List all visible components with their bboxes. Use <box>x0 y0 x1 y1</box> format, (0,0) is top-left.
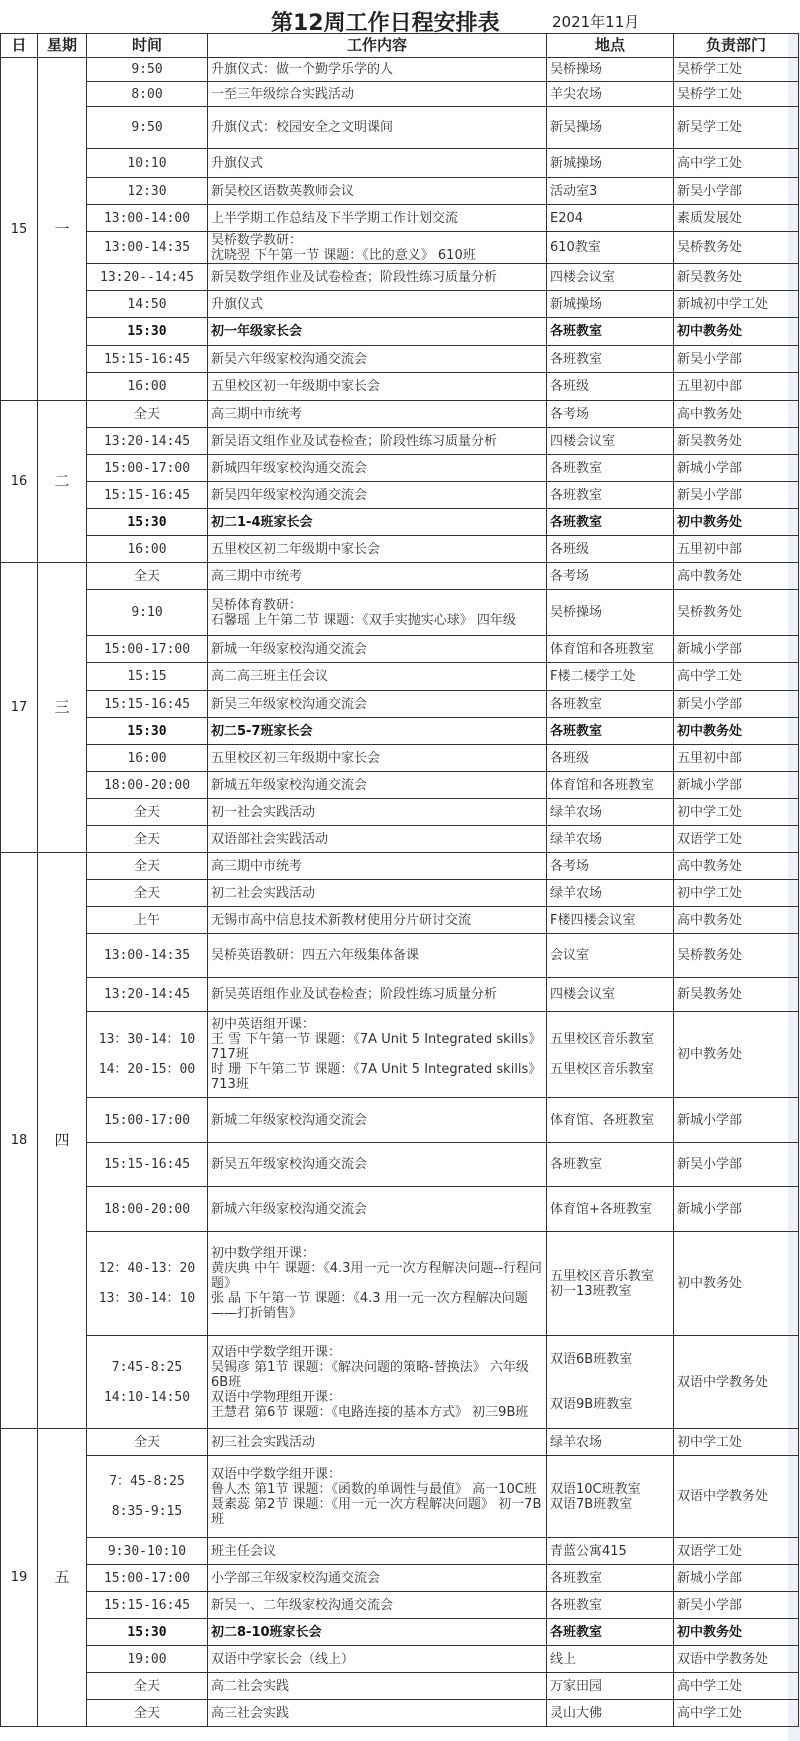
dept-cell: 初中学工处 <box>674 1429 799 1456</box>
place-cell: 绿羊农场 <box>547 799 674 826</box>
table-row: 10:10升旗仪式新城操场高中学工处 <box>1 149 799 178</box>
time-cell: 16:00 <box>87 536 208 563</box>
table-row: 13:00-14:00上半学期工作总结及下半学期工作计划交流E204素质发展处 <box>1 205 799 232</box>
place-cell: 各班教室 <box>547 346 674 373</box>
time-cell: 14:50 <box>87 291 208 318</box>
dept-cell: 五里初中部 <box>674 745 799 772</box>
time-cell: 15:15-16:45 <box>87 1592 208 1619</box>
table-row: 14:50升旗仪式新城操场新城初中学工处 <box>1 291 799 318</box>
time-cell: 10:10 <box>87 149 208 178</box>
place-cell: 绿羊农场 <box>547 826 674 853</box>
table-row: 7:45-8:25 14:10-14:50双语中学数学组开课： 吴锡彦 第1节 … <box>1 1336 799 1429</box>
content-cell: 初二5-7班家长会 <box>208 718 547 745</box>
dept-cell: 双语中学教务处 <box>674 1646 799 1673</box>
time-cell: 19:00 <box>87 1646 208 1673</box>
time-cell: 13:20-14:45 <box>87 428 208 455</box>
place-cell: 各班级 <box>547 745 674 772</box>
table-row: 13:00-14:35吴桥数学教研： 沈晓翌 下午第一节 课题：《比的意义》 6… <box>1 232 799 264</box>
place-cell: 各班教室 <box>547 718 674 745</box>
dept-cell: 新城小学部 <box>674 772 799 799</box>
content-cell: 上半学期工作总结及下半学期工作计划交流 <box>208 205 547 232</box>
time-cell: 15:30 <box>87 1619 208 1646</box>
place-cell: 绿羊农场 <box>547 880 674 907</box>
time-cell: 13:00-14:00 <box>87 205 208 232</box>
place-cell: 体育馆、各班教室 <box>547 1098 674 1143</box>
time-cell: 7：45-8:25 8:35-9:15 <box>87 1456 208 1538</box>
place-cell: 新城操场 <box>547 149 674 178</box>
time-cell: 全天 <box>87 1673 208 1700</box>
content-cell: 升旗仪式：做一个勤学乐学的人 <box>208 58 547 82</box>
table-row: 15:00-17:00新城一年级家校沟通交流会体育馆和各班教室新城小学部 <box>1 636 799 663</box>
date-cell: 17 <box>1 563 38 853</box>
dept-cell: 新吴小学部 <box>674 1143 799 1187</box>
content-cell: 双语部社会实践活动 <box>208 826 547 853</box>
place-cell: 双语6B班教室 双语9B班教室 <box>547 1336 674 1429</box>
content-cell: 高三期中市统考 <box>208 853 547 880</box>
table-row: 上午无锡市高中信息技术新教材使用分片研讨交流F楼四楼会议室高中教务处 <box>1 907 799 934</box>
place-cell: 各班级 <box>547 536 674 563</box>
content-cell: 初二8-10班家长会 <box>208 1619 547 1646</box>
content-cell: 班主任会议 <box>208 1538 547 1565</box>
content-cell: 五里校区初一年级期中家长会 <box>208 373 547 401</box>
table-row: 13：30-14：10 14：20-15：00初中英语组开课： 王 雪 下午第一… <box>1 1012 799 1098</box>
table-row: 15:00-17:00新城四年级家校沟通交流会各班教室新城小学部 <box>1 455 799 482</box>
content-cell: 升旗仪式：校园安全之文明课间 <box>208 107 547 149</box>
content-cell: 新吴一、二年级家校沟通交流会 <box>208 1592 547 1619</box>
dept-cell: 新城小学部 <box>674 455 799 482</box>
table-row: 16二全天高三期中市统考各考场高中教务处 <box>1 401 799 428</box>
place-cell: 灵山大佛 <box>547 1700 674 1727</box>
table-row: 15一9:50升旗仪式：做一个勤学乐学的人吴桥操场吴桥学工处 <box>1 58 799 82</box>
dept-cell: 双语学工处 <box>674 1538 799 1565</box>
table-row: 15:15-16:45新吴四年级家校沟通交流会各班教室新吴小学部 <box>1 482 799 509</box>
schedule-table: 日 星期 时间 工作内容 地点 负责部门 15一9:50升旗仪式：做一个勤学乐学… <box>0 33 799 1727</box>
dept-cell: 吴桥学工处 <box>674 82 799 107</box>
content-cell: 初一年级家长会 <box>208 318 547 346</box>
dept-cell: 初中教务处 <box>674 1012 799 1098</box>
dept-cell: 吴桥教务处 <box>674 590 799 636</box>
time-cell: 15:00-17:00 <box>87 1098 208 1143</box>
table-row: 15:15-16:45新吴五年级家校沟通交流会各班教室新吴小学部 <box>1 1143 799 1187</box>
dept-cell: 吴桥教务处 <box>674 232 799 264</box>
content-cell: 新吴四年级家校沟通交流会 <box>208 482 547 509</box>
header-weekday: 星期 <box>38 34 87 58</box>
dept-cell: 五里初中部 <box>674 536 799 563</box>
table-row: 13:20-14:45新吴语文组作业及试卷检查；阶段性练习质量分析四楼会议室新吴… <box>1 428 799 455</box>
table-row: 18:00-20:00新城五年级家校沟通交流会体育馆和各班教室新城小学部 <box>1 772 799 799</box>
time-cell: 15:15-16:45 <box>87 346 208 373</box>
dept-cell: 双语中学教务处 <box>674 1456 799 1538</box>
time-cell: 上午 <box>87 907 208 934</box>
header-place: 地点 <box>547 34 674 58</box>
table-row: 全天高二社会实践万家田园高中学工处 <box>1 1673 799 1700</box>
content-cell: 五里校区初三年级期中家长会 <box>208 745 547 772</box>
content-cell: 新吴五年级家校沟通交流会 <box>208 1143 547 1187</box>
dept-cell: 新吴学工处 <box>674 107 799 149</box>
time-cell: 全天 <box>87 880 208 907</box>
time-cell: 13:00-14:35 <box>87 934 208 978</box>
place-cell: 各班教室 <box>547 1619 674 1646</box>
content-cell: 新吴校区语数英教师会议 <box>208 178 547 205</box>
dept-cell: 初中教务处 <box>674 718 799 745</box>
dept-cell: 高中教务处 <box>674 907 799 934</box>
dept-cell: 初中学工处 <box>674 799 799 826</box>
place-cell: 羊尖农场 <box>547 82 674 107</box>
place-cell: 各班教室 <box>547 509 674 536</box>
dept-cell: 高中学工处 <box>674 1700 799 1727</box>
table-row: 全天初一社会实践活动绿羊农场初中学工处 <box>1 799 799 826</box>
content-cell: 升旗仪式 <box>208 149 547 178</box>
place-cell: 各班教室 <box>547 1592 674 1619</box>
place-cell: F楼四楼会议室 <box>547 907 674 934</box>
table-row: 15:00-17:00新城二年级家校沟通交流会体育馆、各班教室新城小学部 <box>1 1098 799 1143</box>
content-cell: 升旗仪式 <box>208 291 547 318</box>
table-row: 7：45-8:25 8:35-9:15双语中学数学组开课： 鲁人杰 第1节 课题… <box>1 1456 799 1538</box>
dept-cell: 高中教务处 <box>674 563 799 590</box>
dept-cell: 新吴小学部 <box>674 691 799 718</box>
place-cell: 各考场 <box>547 853 674 880</box>
content-cell: 吴桥数学教研： 沈晓翌 下午第一节 课题：《比的意义》 610班 <box>208 232 547 264</box>
header-date: 日 <box>1 34 38 58</box>
dept-cell: 高中学工处 <box>674 149 799 178</box>
dept-cell: 新吴教务处 <box>674 978 799 1012</box>
content-cell: 双语中学数学组开课： 鲁人杰 第1节 课题：《函数的单调性与最值》 高一10C班… <box>208 1456 547 1538</box>
table-row: 15:15高二高三班主任会议F楼二楼学工处高中学工处 <box>1 663 799 691</box>
content-cell: 初一社会实践活动 <box>208 799 547 826</box>
table-row: 15:30初二5-7班家长会各班教室初中教务处 <box>1 718 799 745</box>
table-row: 全天高三社会实践灵山大佛高中学工处 <box>1 1700 799 1727</box>
table-row: 9:50升旗仪式：校园安全之文明课间新吴操场新吴学工处 <box>1 107 799 149</box>
content-cell: 五里校区初二年级期中家长会 <box>208 536 547 563</box>
table-row: 15:30初二1-4班家长会各班教室初中教务处 <box>1 509 799 536</box>
content-cell: 小学部三年级家校沟通交流会 <box>208 1565 547 1592</box>
place-cell: 青蓝公寓415 <box>547 1538 674 1565</box>
time-cell: 全天 <box>87 799 208 826</box>
table-row: 9:10吴桥体育教研： 石馨瑶 上午第二节 课题：《双手实抛实心球》 四年级吴桥… <box>1 590 799 636</box>
table-row: 9:30-10:10班主任会议青蓝公寓415双语学工处 <box>1 1538 799 1565</box>
schedule-body: 15一9:50升旗仪式：做一个勤学乐学的人吴桥操场吴桥学工处8:00一至三年级综… <box>1 58 799 1727</box>
table-row: 16:00五里校区初三年级期中家长会各班级五里初中部 <box>1 745 799 772</box>
dept-cell: 新城初中学工处 <box>674 291 799 318</box>
dept-cell: 双语中学教务处 <box>674 1336 799 1429</box>
time-cell: 12:30 <box>87 178 208 205</box>
dept-cell: 高中学工处 <box>674 663 799 691</box>
table-row: 19:00双语中学家长会（线上）线上双语中学教务处 <box>1 1646 799 1673</box>
date-cell: 18 <box>1 853 38 1429</box>
place-cell: F楼二楼学工处 <box>547 663 674 691</box>
place-cell: 四楼会议室 <box>547 428 674 455</box>
time-cell: 全天 <box>87 401 208 428</box>
time-cell: 12：40-13：20 13：30-14：10 <box>87 1232 208 1336</box>
time-cell: 13：30-14：10 14：20-15：00 <box>87 1012 208 1098</box>
content-cell: 新城五年级家校沟通交流会 <box>208 772 547 799</box>
table-row: 19五全天初三社会实践活动绿羊农场初中学工处 <box>1 1429 799 1456</box>
table-row: 18:00-20:00新城六年级家校沟通交流会体育馆+各班教室新城小学部 <box>1 1187 799 1232</box>
time-cell: 15:15-16:45 <box>87 691 208 718</box>
dept-cell: 新吴小学部 <box>674 1592 799 1619</box>
date-cell: 19 <box>1 1429 38 1727</box>
dept-cell: 新城小学部 <box>674 1565 799 1592</box>
place-cell: 体育馆和各班教室 <box>547 772 674 799</box>
place-cell: 活动室3 <box>547 178 674 205</box>
date-cell: 15 <box>1 58 38 401</box>
place-cell: 线上 <box>547 1646 674 1673</box>
content-cell: 无锡市高中信息技术新教材使用分片研讨交流 <box>208 907 547 934</box>
dept-cell: 初中教务处 <box>674 1619 799 1646</box>
time-cell: 16:00 <box>87 745 208 772</box>
time-cell: 15:30 <box>87 718 208 745</box>
weekday-cell: 一 <box>38 58 87 401</box>
dept-cell: 高中教务处 <box>674 853 799 880</box>
dept-cell: 新城小学部 <box>674 1187 799 1232</box>
time-cell: 全天 <box>87 563 208 590</box>
place-cell: 体育馆+各班教室 <box>547 1187 674 1232</box>
content-cell: 初中数学组开课： 黄庆典 中午 课题：《4.3用一元一次方程解决问题--行程问题… <box>208 1232 547 1336</box>
content-cell: 新城四年级家校沟通交流会 <box>208 455 547 482</box>
table-row: 15:00-17:00小学部三年级家校沟通交流会各班教室新城小学部 <box>1 1565 799 1592</box>
time-cell: 7:45-8:25 14:10-14:50 <box>87 1336 208 1429</box>
place-cell: 五里校区音乐教室 初一13班教室 <box>547 1232 674 1336</box>
content-cell: 新城一年级家校沟通交流会 <box>208 636 547 663</box>
time-cell: 9:50 <box>87 58 208 82</box>
dept-cell: 高中教务处 <box>674 401 799 428</box>
place-cell: 各班教室 <box>547 318 674 346</box>
content-cell: 高二高三班主任会议 <box>208 663 547 691</box>
place-cell: 四楼会议室 <box>547 264 674 291</box>
content-cell: 双语中学数学组开课： 吴锡彦 第1节 课题：《解决问题的策略-替换法》 六年级6… <box>208 1336 547 1429</box>
table-row: 12:30新吴校区语数英教师会议活动室3新吴小学部 <box>1 178 799 205</box>
table-row: 17三全天高三期中市统考各考场高中教务处 <box>1 563 799 590</box>
header-time: 时间 <box>87 34 208 58</box>
table-row: 18四全天高三期中市统考各考场高中教务处 <box>1 853 799 880</box>
table-row: 16:00五里校区初一年级期中家长会各班级五里初中部 <box>1 373 799 401</box>
place-cell: 双语10C班教室 双语7B班教室 <box>547 1456 674 1538</box>
table-row: 15:30初二8-10班家长会各班教室初中教务处 <box>1 1619 799 1646</box>
time-cell: 15:30 <box>87 509 208 536</box>
time-cell: 18:00-20:00 <box>87 1187 208 1232</box>
content-cell: 一至三年级综合实践活动 <box>208 82 547 107</box>
weekday-cell: 三 <box>38 563 87 853</box>
weekday-cell: 四 <box>38 853 87 1429</box>
dept-cell: 初中学工处 <box>674 880 799 907</box>
place-cell: 各班教室 <box>547 1565 674 1592</box>
dept-cell: 初中教务处 <box>674 509 799 536</box>
time-cell: 15:00-17:00 <box>87 1565 208 1592</box>
dept-cell: 新城小学部 <box>674 1098 799 1143</box>
time-cell: 13:20-14:45 <box>87 978 208 1012</box>
place-cell: 绿羊农场 <box>547 1429 674 1456</box>
content-cell: 初二社会实践活动 <box>208 880 547 907</box>
time-cell: 8:00 <box>87 82 208 107</box>
dept-cell: 吴桥教务处 <box>674 934 799 978</box>
dept-cell: 五里初中部 <box>674 373 799 401</box>
content-cell: 高二社会实践 <box>208 1673 547 1700</box>
content-cell: 高三社会实践 <box>208 1700 547 1727</box>
content-cell: 初三社会实践活动 <box>208 1429 547 1456</box>
content-cell: 新吴英语组作业及试卷检查；阶段性练习质量分析 <box>208 978 547 1012</box>
header-content: 工作内容 <box>208 34 547 58</box>
content-cell: 初二1-4班家长会 <box>208 509 547 536</box>
date-cell: 16 <box>1 401 38 563</box>
place-cell: 五里校区音乐教室 五里校区音乐教室 <box>547 1012 674 1098</box>
dept-cell: 新吴小学部 <box>674 178 799 205</box>
table-row: 15:30初一年级家长会各班教室初中教务处 <box>1 318 799 346</box>
table-row: 8:00一至三年级综合实践活动羊尖农场吴桥学工处 <box>1 82 799 107</box>
place-cell: 会议室 <box>547 934 674 978</box>
header-row: 日 星期 时间 工作内容 地点 负责部门 <box>1 34 799 58</box>
content-cell: 新城二年级家校沟通交流会 <box>208 1098 547 1143</box>
time-cell: 15:30 <box>87 318 208 346</box>
time-cell: 全天 <box>87 1429 208 1456</box>
dept-cell: 新吴小学部 <box>674 346 799 373</box>
dept-cell: 吴桥学工处 <box>674 58 799 82</box>
content-cell: 新吴六年级家校沟通交流会 <box>208 346 547 373</box>
time-cell: 15:00-17:00 <box>87 636 208 663</box>
place-cell: 新城操场 <box>547 291 674 318</box>
time-cell: 全天 <box>87 1700 208 1727</box>
place-cell: 新吴操场 <box>547 107 674 149</box>
content-cell: 初中英语组开课： 王 雪 下午第一节 课题：《7A Unit 5 Integra… <box>208 1012 547 1098</box>
place-cell: 各班教室 <box>547 691 674 718</box>
content-cell: 新吴三年级家校沟通交流会 <box>208 691 547 718</box>
time-cell: 全天 <box>87 853 208 880</box>
dept-cell: 新吴教务处 <box>674 428 799 455</box>
dept-cell: 新城小学部 <box>674 636 799 663</box>
place-cell: 各班级 <box>547 373 674 401</box>
time-cell: 18:00-20:00 <box>87 772 208 799</box>
dept-cell: 双语学工处 <box>674 826 799 853</box>
place-cell: 万家田园 <box>547 1673 674 1700</box>
table-row: 12：40-13：20 13：30-14：10初中数学组开课： 黄庆典 中午 课… <box>1 1232 799 1336</box>
table-row: 15:15-16:45新吴六年级家校沟通交流会各班教室新吴小学部 <box>1 346 799 373</box>
time-cell: 15:15-16:45 <box>87 1143 208 1187</box>
weekday-cell: 五 <box>38 1429 87 1727</box>
place-cell: 各考场 <box>547 563 674 590</box>
time-cell: 13:20--14:45 <box>87 264 208 291</box>
table-row: 16:00五里校区初二年级期中家长会各班级五里初中部 <box>1 536 799 563</box>
time-cell: 15:00-17:00 <box>87 455 208 482</box>
header-dept: 负责部门 <box>674 34 799 58</box>
table-row: 15:15-16:45新吴三年级家校沟通交流会各班教室新吴小学部 <box>1 691 799 718</box>
dept-cell: 高中学工处 <box>674 1673 799 1700</box>
content-cell: 双语中学家长会（线上） <box>208 1646 547 1673</box>
time-cell: 15:15-16:45 <box>87 482 208 509</box>
content-cell: 高三期中市统考 <box>208 401 547 428</box>
place-cell: 各班教室 <box>547 1143 674 1187</box>
weekday-cell: 二 <box>38 401 87 563</box>
table-row: 13:20--14:45新吴数学组作业及试卷检查；阶段性练习质量分析四楼会议室新… <box>1 264 799 291</box>
time-cell: 全天 <box>87 826 208 853</box>
place-cell: 610教室 <box>547 232 674 264</box>
time-cell: 13:00-14:35 <box>87 232 208 264</box>
table-row: 全天初二社会实践活动绿羊农场初中学工处 <box>1 880 799 907</box>
place-cell: 各考场 <box>547 401 674 428</box>
dept-cell: 初中教务处 <box>674 318 799 346</box>
place-cell: 体育馆和各班教室 <box>547 636 674 663</box>
place-cell: 各班教室 <box>547 482 674 509</box>
month-label: 2021年11月 <box>552 11 639 32</box>
time-cell: 9:30-10:10 <box>87 1538 208 1565</box>
place-cell: 吴桥操场 <box>547 590 674 636</box>
dept-cell: 新吴小学部 <box>674 482 799 509</box>
content-cell: 新吴数学组作业及试卷检查；阶段性练习质量分析 <box>208 264 547 291</box>
dept-cell: 初中教务处 <box>674 1232 799 1336</box>
table-row: 13:00-14:35吴桥英语教研：四五六年级集体备课会议室吴桥教务处 <box>1 934 799 978</box>
dept-cell: 新吴教务处 <box>674 264 799 291</box>
place-cell: 吴桥操场 <box>547 58 674 82</box>
content-cell: 新吴语文组作业及试卷检查；阶段性练习质量分析 <box>208 428 547 455</box>
table-row: 全天双语部社会实践活动绿羊农场双语学工处 <box>1 826 799 853</box>
table-row: 15:15-16:45新吴一、二年级家校沟通交流会各班教室新吴小学部 <box>1 1592 799 1619</box>
place-cell: 四楼会议室 <box>547 978 674 1012</box>
content-cell: 吴桥英语教研：四五六年级集体备课 <box>208 934 547 978</box>
content-cell: 高三期中市统考 <box>208 563 547 590</box>
time-cell: 9:10 <box>87 590 208 636</box>
time-cell: 16:00 <box>87 373 208 401</box>
table-row: 13:20-14:45新吴英语组作业及试卷检查；阶段性练习质量分析四楼会议室新吴… <box>1 978 799 1012</box>
content-cell: 吴桥体育教研： 石馨瑶 上午第二节 课题：《双手实抛实心球》 四年级 <box>208 590 547 636</box>
time-cell: 9:50 <box>87 107 208 149</box>
dept-cell: 素质发展处 <box>674 205 799 232</box>
title-bar: 第12周工作日程安排表 2021年11月 <box>0 0 800 34</box>
content-cell: 新城六年级家校沟通交流会 <box>208 1187 547 1232</box>
place-cell: E204 <box>547 205 674 232</box>
time-cell: 15:15 <box>87 663 208 691</box>
place-cell: 各班教室 <box>547 455 674 482</box>
